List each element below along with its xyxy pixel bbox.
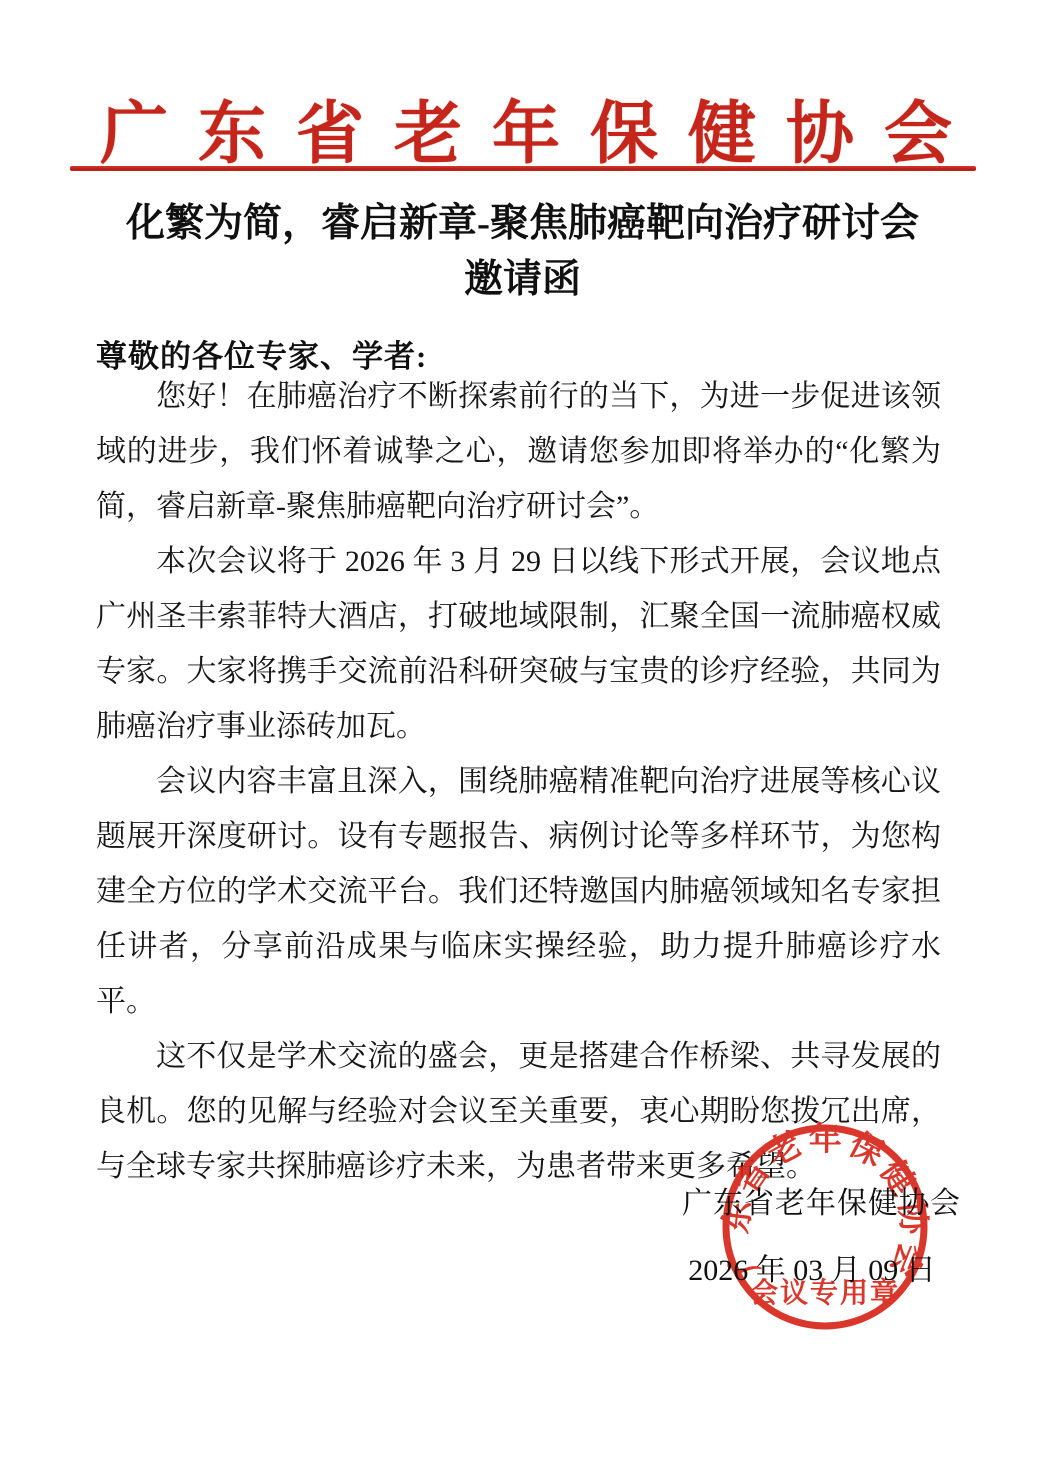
letterhead-divider-line [70, 166, 976, 171]
letterhead-org-title: 广东省老年保健协会 [70, 80, 975, 177]
paragraph-agenda: 会议内容丰富且深入，围绕肺癌精准靶向治疗进展等核心议题展开深度研讨。设有专题报告… [96, 754, 941, 1029]
paragraph-greeting: 您好！在肺癌治疗不断探索前行的当下，为进一步促进该领域的进步，我们怀着诚挚之心，… [96, 369, 941, 534]
document-title-line2: 邀请函 [70, 252, 975, 308]
signature-block: 广东省老年保健协会 2026 年 03 月 09 日 [682, 1178, 942, 1289]
paragraph-meeting-details: 本次会议将于 2026 年 3 月 29 日以线下形式开展，会议地点广州圣丰索菲… [96, 534, 941, 754]
signature-date: 2026 年 03 月 09 日 [682, 1245, 942, 1289]
letter-body: 您好！在肺癌治疗不断探索前行的当下，为进一步促进该领域的进步，我们怀着诚挚之心，… [96, 369, 941, 1194]
signature-org-name: 广东省老年保健协会 [682, 1178, 942, 1222]
invitation-letter-page: 广东省老年保健协会 化繁为简，睿启新章-聚焦肺癌靶向治疗研讨会 邀请函 尊敬的各… [0, 0, 1040, 1471]
document-title-line1: 化繁为简，睿启新章-聚焦肺癌靶向治疗研讨会 [70, 196, 975, 252]
document-title: 化繁为简，睿启新章-聚焦肺癌靶向治疗研讨会 邀请函 [70, 196, 975, 308]
